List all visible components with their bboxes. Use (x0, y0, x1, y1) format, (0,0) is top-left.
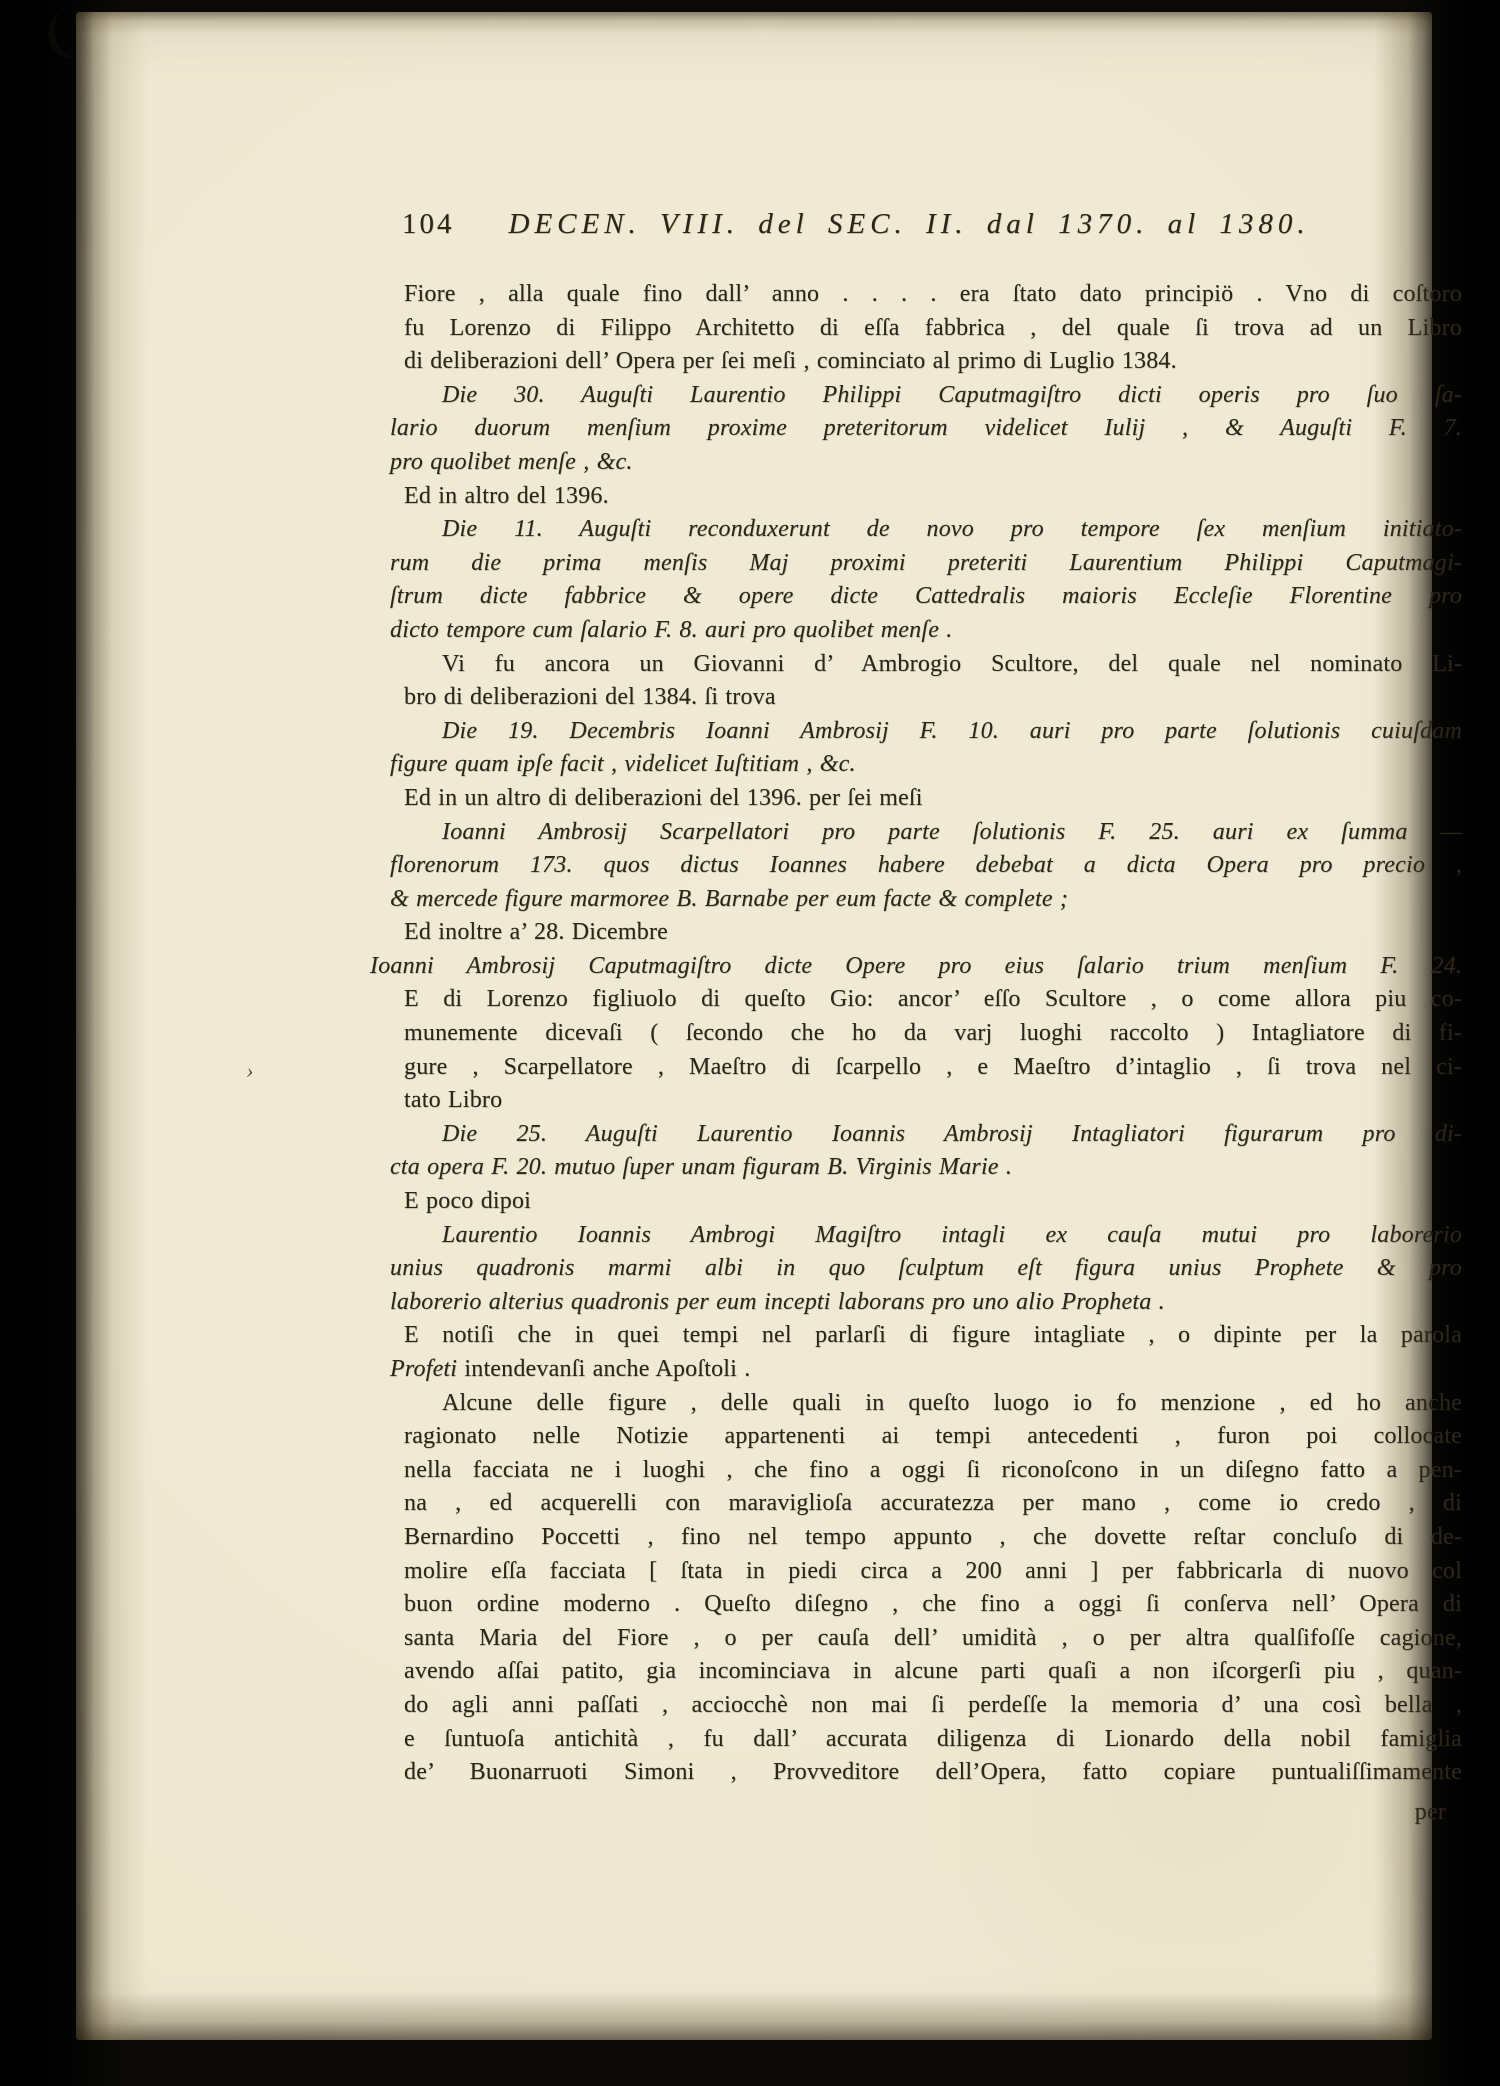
text-line: Alcune delle figure , delle quali in que… (404, 1387, 1462, 1421)
text-line: Die 25. Auguſti Laurentio Ioannis Ambros… (404, 1118, 1462, 1152)
text-segment-roman: Bernardino Poccetti , fino nel tempo app… (404, 1524, 1462, 1550)
text-segment-roman: per (1415, 1799, 1446, 1825)
text-line: unius quadronis marmi albi in quo ſculpt… (390, 1252, 1462, 1286)
text-line: cta opera F. 20. mutuo ſuper unam figura… (390, 1151, 1462, 1185)
text-line: Fiore , alla quale fino dall’ anno . . .… (404, 278, 1462, 312)
text-segment-roman: fu Lorenzo di Filippo Architetto di eſſa… (404, 315, 1462, 341)
text-line: rum die prima menſis Maj proximi preteri… (390, 547, 1462, 581)
text-line: Ed inoltre a’ 28. Dicembre (404, 916, 1462, 950)
text-line: Bernardino Poccetti , fino nel tempo app… (404, 1521, 1462, 1555)
text-segment-roman: tato Libro (404, 1087, 502, 1113)
text-line: dicto tempore cum ſalario F. 8. auri pro… (390, 614, 1462, 648)
text-segment-italic: Profeti (390, 1356, 457, 1382)
text-line: bro di deliberazioni del 1384. ſi trova (404, 681, 1462, 715)
text-line: florenorum 173. quos dictus Ioannes habe… (390, 849, 1462, 883)
text-segment-roman: gure , Scarpellatore , Maeſtro di ſcarpe… (404, 1054, 1462, 1080)
catchword: per (404, 1796, 1462, 1830)
text-line: Die 30. Auguſti Laurentio Philippi Caput… (404, 379, 1462, 413)
text-segment-roman: molire eſſa facciata [ ſtata in piedi ci… (404, 1558, 1462, 1584)
text-line: Ioanni Ambrosij Scarpellatori pro parte … (404, 816, 1462, 850)
text-line: pro quolibet menſe , &c. (390, 446, 1462, 480)
text-segment-italic: Ioanni Ambrosij Scarpellatori pro parte … (442, 819, 1462, 845)
text-line: E di Lorenzo figliuolo di queſto Gio: an… (404, 983, 1462, 1017)
text-segment-roman: E notiſi che in quei tempi nel parlarſi … (404, 1322, 1462, 1348)
text-line: do agli anni paſſati , acciocchè non mai… (404, 1689, 1462, 1723)
text-segment-roman: nella facciata ne i luoghi , che fino a … (404, 1457, 1462, 1483)
text-line: Vi fu ancora un Giovanni d’ Ambrogio Scu… (404, 648, 1462, 682)
text-line: E poco dipoi (404, 1185, 1462, 1219)
text-line: munemente dicevaſi ( ſecondo che ho da v… (404, 1017, 1462, 1051)
page-header: 104DECEN. VIII. del SEC. II. dal 1370. a… (402, 208, 1464, 241)
text-line: Laurentio Ioannis Ambrogi Magiſtro intag… (404, 1219, 1462, 1253)
text-segment-roman: de’ Buonarruoti Simoni , Provveditore de… (404, 1759, 1462, 1785)
text-line: & mercede figure marmoree B. Barnabe per… (390, 883, 1462, 917)
text-line: Ed in un altro di deliberazioni del 1396… (404, 782, 1462, 816)
text-segment-roman: ragionato nelle Notizie appartenenti ai … (404, 1423, 1462, 1449)
text-line: ragionato nelle Notizie appartenenti ai … (404, 1420, 1462, 1454)
text-line: Profeti intendevanſi anche Apoſtoli . (390, 1353, 1462, 1387)
text-segment-roman: Ed in un altro di deliberazioni del 1396… (404, 785, 923, 811)
text-segment-italic: Ioanni Ambrosij Caputmagiſtro dicte Oper… (370, 953, 1462, 979)
text-line: avendo aſſai patito, gia incominciava in… (404, 1655, 1462, 1689)
text-line: lario duorum menſium proxime preteritoru… (390, 412, 1462, 446)
text-segment-italic: dicto tempore cum ſalario F. 8. auri pro… (390, 617, 952, 643)
text-segment-roman: Fiore , alla quale fino dall’ anno . . .… (404, 281, 1462, 307)
text-line: e ſuntuoſa antichità , fu dall’ accurata… (404, 1723, 1462, 1757)
text-line: Die 11. Auguſti reconduxerunt de novo pr… (404, 513, 1462, 547)
text-segment-italic: unius quadronis marmi albi in quo ſculpt… (390, 1255, 1462, 1281)
text-segment-roman: avendo aſſai patito, gia incominciava in… (404, 1658, 1462, 1684)
text-line: nella facciata ne i luoghi , che fino a … (404, 1454, 1462, 1488)
text-segment-roman: intendevanſi anche Apoſtoli . (457, 1356, 750, 1382)
text-segment-italic: rum die prima menſis Maj proximi preteri… (390, 550, 1462, 576)
text-line: E notiſi che in quei tempi nel parlarſi … (404, 1319, 1462, 1353)
book-page: 104DECEN. VIII. del SEC. II. dal 1370. a… (76, 12, 1432, 2040)
text-segment-roman: e ſuntuoſa antichità , fu dall’ accurata… (404, 1726, 1462, 1752)
text-segment-roman: Ed in altro del 1396. (404, 483, 609, 509)
text-line: di deliberazioni dell’ Opera per ſei meſ… (404, 345, 1462, 379)
text-line: Die 19. Decembris Ioanni Ambrosij F. 10.… (404, 715, 1462, 749)
text-line: ſtrum dicte fabbrice & opere dicte Catte… (390, 580, 1462, 614)
text-line: molire eſſa facciata [ ſtata in piedi ci… (404, 1555, 1462, 1589)
text-segment-roman: na , ed acquerelli con maraviglioſa accu… (404, 1490, 1462, 1516)
text-line: de’ Buonarruoti Simoni , Provveditore de… (404, 1756, 1462, 1790)
text-segment-roman: Alcune delle figure , delle quali in que… (442, 1390, 1462, 1416)
text-segment-italic: pro quolibet menſe , &c. (390, 449, 633, 475)
text-segment-roman: buon ordine moderno . Queſto diſegno , c… (404, 1591, 1462, 1617)
text-line: buon ordine moderno . Queſto diſegno , c… (404, 1588, 1462, 1622)
page-number: 104 (402, 208, 455, 240)
text-segment-italic: Die 30. Auguſti Laurentio Philippi Caput… (442, 382, 1462, 408)
text-line: gure , Scarpellatore , Maeſtro di ſcarpe… (404, 1051, 1462, 1085)
text-segment-roman: munemente dicevaſi ( ſecondo che ho da v… (404, 1020, 1462, 1046)
text-segment-italic: Die 25. Auguſti Laurentio Ioannis Ambros… (442, 1121, 1462, 1147)
text-segment-italic: lario duorum menſium proxime preteritoru… (390, 415, 1462, 441)
text-line: Ed in altro del 1396. (404, 480, 1462, 514)
text-segment-roman: di deliberazioni dell’ Opera per ſei meſ… (404, 348, 1177, 374)
running-title: DECEN. VIII. del SEC. II. dal 1370. al 1… (509, 208, 1310, 240)
text-segment-italic: ſtrum dicte fabbrice & opere dicte Catte… (390, 583, 1462, 609)
text-segment-roman: Ed inoltre a’ 28. Dicembre (404, 919, 668, 945)
text-line: Ioanni Ambrosij Caputmagiſtro dicte Oper… (370, 950, 1462, 984)
text-line: na , ed acquerelli con maraviglioſa accu… (404, 1487, 1462, 1521)
text-segment-italic: Die 11. Auguſti reconduxerunt de novo pr… (442, 516, 1462, 542)
text-line: laborerio alterius quadronis per eum inc… (390, 1286, 1462, 1320)
text-segment-roman: do agli anni paſſati , acciocchè non mai… (404, 1692, 1462, 1718)
text-segment-roman: Vi fu ancora un Giovanni d’ Ambrogio Scu… (442, 651, 1462, 677)
text-segment-italic: laborerio alterius quadronis per eum inc… (390, 1289, 1165, 1315)
text-line: santa Maria del Fiore , o per cauſa dell… (404, 1622, 1462, 1656)
text-segment-roman: E di Lorenzo figliuolo di queſto Gio: an… (404, 986, 1462, 1012)
text-block: Fiore , alla quale fino dall’ anno . . .… (404, 278, 1462, 1829)
text-line: tato Libro (404, 1084, 1462, 1118)
text-segment-italic: figure quam ipſe facit , videlicet Iuſti… (390, 751, 856, 777)
text-segment-roman: bro di deliberazioni del 1384. ſi trova (404, 684, 776, 710)
text-line: fu Lorenzo di Filippo Architetto di eſſa… (404, 312, 1462, 346)
text-segment-roman: santa Maria del Fiore , o per cauſa dell… (404, 1625, 1462, 1651)
text-line: figure quam ipſe facit , videlicet Iuſti… (390, 748, 1462, 782)
text-segment-italic: florenorum 173. quos dictus Ioannes habe… (390, 852, 1462, 878)
text-segment-roman: E poco dipoi (404, 1188, 531, 1214)
text-segment-italic: Laurentio Ioannis Ambrogi Magiſtro intag… (442, 1222, 1462, 1248)
margin-mark: › (246, 1058, 253, 1084)
text-segment-italic: Die 19. Decembris Ioanni Ambrosij F. 10.… (442, 718, 1462, 744)
text-segment-italic: cta opera F. 20. mutuo ſuper unam figura… (390, 1154, 1012, 1180)
text-segment-italic: & mercede figure marmoree B. Barnabe per… (390, 886, 1068, 912)
